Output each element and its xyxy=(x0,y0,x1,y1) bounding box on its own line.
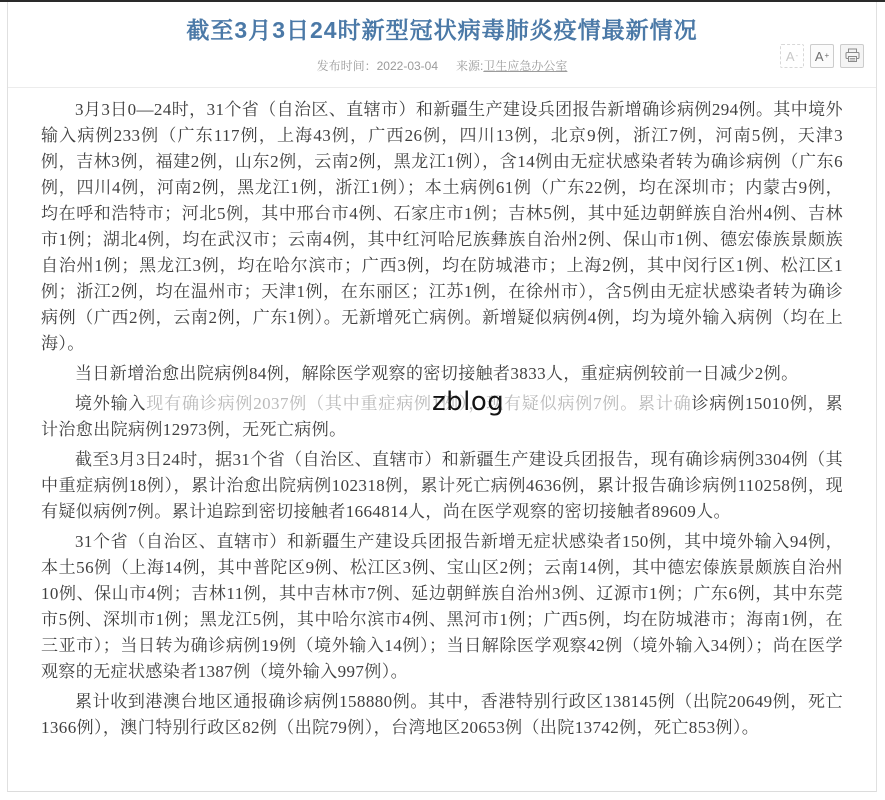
toolbar: A- A+ xyxy=(780,44,864,68)
font-decrease-label: A xyxy=(786,50,795,63)
article-panel: 截至3月3日24时新型冠状病毒肺炎疫情最新情况 发布时间：2022-03-04来… xyxy=(7,2,877,792)
paragraph-segment: 3月3日0—24时，31个省（自治区、直辖市）和新疆生产建设兵团报告新增确诊病例… xyxy=(41,100,843,353)
source-label: 来源: xyxy=(456,59,483,73)
font-increase-label: A xyxy=(815,50,824,63)
paragraph-segment: 当日新增治愈出院病例84例，解除医学观察的密切接触者3833人，重症病例较前一日… xyxy=(75,364,799,383)
paragraph: 累计收到港澳台地区通报确诊病例158880例。其中，香港特别行政区138145例… xyxy=(41,689,843,741)
article-header: 截至3月3日24时新型冠状病毒肺炎疫情最新情况 发布时间：2022-03-04来… xyxy=(8,2,876,88)
font-increase-sup: + xyxy=(825,52,830,60)
print-button[interactable] xyxy=(840,44,864,68)
paragraph-segment-faded: 现有确诊病例2037例（其中重症病例1例），现有疑似病例7例。累计确 xyxy=(146,394,691,413)
paragraph-segment: 境外输入 xyxy=(75,394,146,413)
paragraph-segment: 截至3月3日24时，据31个省（自治区、直辖市）和新疆生产建设兵团报告，现有确诊… xyxy=(41,450,843,521)
font-increase-button[interactable]: A+ xyxy=(810,44,834,68)
font-decrease-button[interactable]: A- xyxy=(780,44,804,68)
paragraph: 境外输入现有确诊病例2037例（其中重症病例1例），现有疑似病例7例。累计确诊病… xyxy=(41,391,843,443)
printer-icon xyxy=(845,48,860,65)
article-body: 3月3日0—24时，31个省（自治区、直辖市）和新疆生产建设兵团报告新增确诊病例… xyxy=(8,88,876,741)
font-decrease-sup: - xyxy=(796,52,799,60)
paragraph: 当日新增治愈出院病例84例，解除医学观察的密切接触者3833人，重症病例较前一日… xyxy=(41,361,843,387)
paragraph-segment: 累计收到港澳台地区通报确诊病例158880例。其中，香港特别行政区138145例… xyxy=(41,692,843,737)
source-link[interactable]: 卫生应急办公室 xyxy=(483,59,567,73)
paragraph: 3月3日0—24时，31个省（自治区、直辖市）和新疆生产建设兵团报告新增确诊病例… xyxy=(41,97,843,357)
paragraph: 31个省（自治区、直辖市）和新疆生产建设兵团报告新增无症状感染者150例，其中境… xyxy=(41,529,843,685)
publish-time-label: 发布时间： xyxy=(317,59,377,73)
article-meta: 发布时间：2022-03-04来源:卫生应急办公室 xyxy=(8,57,876,74)
page-title: 截至3月3日24时新型冠状病毒肺炎疫情最新情况 xyxy=(8,12,876,45)
paragraph-segment: 31个省（自治区、直辖市）和新疆生产建设兵团报告新增无症状感染者150例，其中境… xyxy=(41,532,843,681)
publish-date: 2022-03-04 xyxy=(377,59,438,73)
paragraph: 截至3月3日24时，据31个省（自治区、直辖市）和新疆生产建设兵团报告，现有确诊… xyxy=(41,447,843,525)
